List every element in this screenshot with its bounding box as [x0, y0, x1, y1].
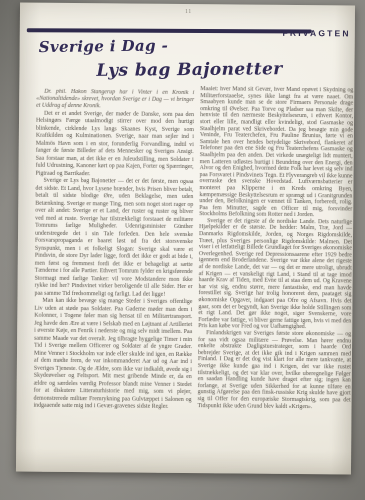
- paragraph: Sverige er det rigeste af de nordiske La…: [198, 218, 352, 331]
- paragraph: Det er et andet Sverige, der møder de Da…: [36, 110, 195, 179]
- photo-background: 11 FRIVAGTEN Sverige i Dag - Lys bag Baj…: [0, 0, 365, 500]
- paragraph: Sverige er Lys bag Bajonetter — det er d…: [34, 178, 193, 299]
- header-rule: [27, 28, 312, 33]
- paragraph: Maalet: hver Mand sit Gevær, hver Mand o…: [199, 86, 353, 219]
- magazine-page: 11 FRIVAGTEN Sverige i Dag - Lys bag Baj…: [16, 3, 355, 475]
- masthead-title: FRIVAGTEN: [282, 28, 350, 39]
- paragraph: Man kan ikke bevæge sig mange Steder i S…: [33, 298, 192, 412]
- article-title-line2: Lys bag Bajonetter: [96, 59, 282, 81]
- article-title-line1: Sverige i Dag -: [39, 36, 169, 56]
- page-number: 11: [185, 9, 192, 15]
- column-right: Maalet: hver Mand sit Gevær, hver Mand o…: [197, 86, 353, 453]
- paragraph: Finlandskrigen var Sveriges første store…: [198, 330, 352, 410]
- column-left: Dr. phil. Hakon Stangerup har i Vinter i…: [33, 89, 194, 464]
- article-intro: Dr. phil. Hakon Stangerup har i Vinter i…: [36, 89, 194, 112]
